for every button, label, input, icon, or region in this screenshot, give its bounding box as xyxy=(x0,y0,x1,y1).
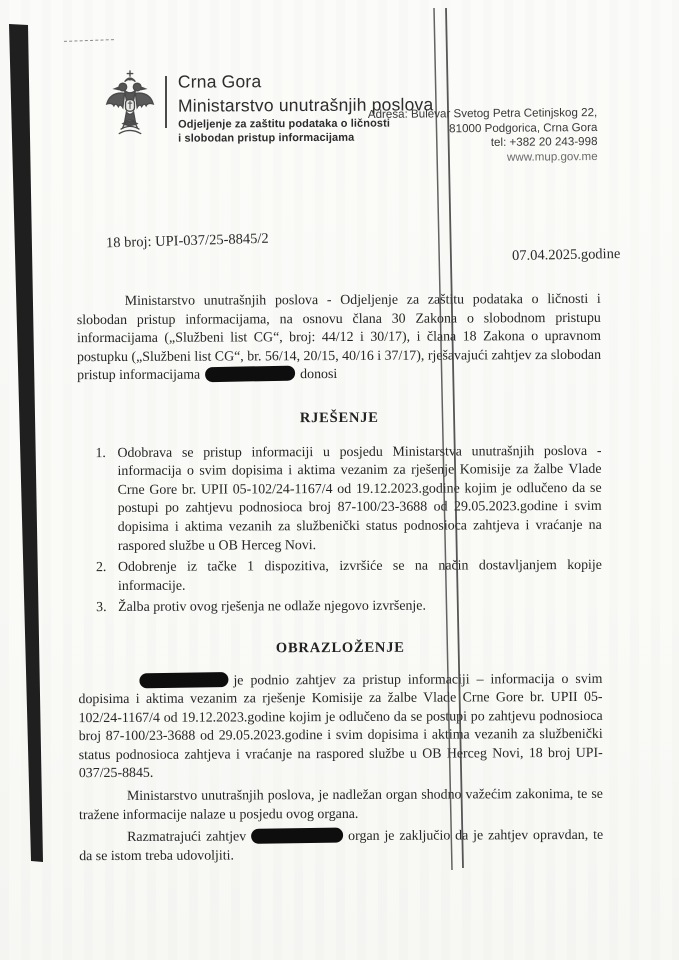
explanation-p3-before: Razmatrajući zahtjev xyxy=(127,830,246,846)
address-street: Adresa: Bulevar Svetog Petra Cetinjskog … xyxy=(367,106,597,123)
explanation-paragraph-3: Razmatrajući zahtjevorgan je zaključio d… xyxy=(79,827,603,866)
montenegro-coat-of-arms-icon xyxy=(103,70,157,138)
intro-text-after: donosi xyxy=(300,367,337,382)
document-body: Ministarstvo unutrašnjih poslova - Odjel… xyxy=(77,291,604,871)
explanation-paragraph-2: Ministarstvo unutrašnjih poslova, je nad… xyxy=(79,786,603,825)
document-date: 07.04.2025.godine xyxy=(512,246,621,265)
website-url: www.mup.gov.me xyxy=(368,150,598,167)
intro-paragraph: Ministarstvo unutrašnjih poslova - Odjel… xyxy=(77,291,601,386)
explanation-title: OBRAZLOŽENJE xyxy=(78,638,602,659)
address-block: Adresa: Bulevar Svetog Petra Cetinjskog … xyxy=(367,106,597,166)
redaction-bar-applicant-2 xyxy=(139,672,228,688)
decision-title: RJEŠENJE xyxy=(77,408,601,429)
redaction-bar-applicant-1 xyxy=(205,366,295,383)
letterhead: Crna Gora Ministarstvo unutrašnjih poslo… xyxy=(0,0,679,180)
explanation-paragraph-1: je podnio zahtjev za pristup informaciji… xyxy=(78,670,602,784)
reference-number: 18 broj: UPI-037/25-8845/2 xyxy=(106,231,269,253)
redaction-bar-applicant-3 xyxy=(251,828,343,844)
country-name: Crna Gora xyxy=(178,70,434,92)
decision-list: Odobrava se pristup informaciji u posjed… xyxy=(77,442,602,618)
decision-item-3: Žalba protiv ovog rješenja ne odlaže nje… xyxy=(118,597,602,618)
header-divider xyxy=(165,76,167,128)
decision-item-2: Odobrenje iz tačke 1 dispozitiva, izvrši… xyxy=(118,557,602,596)
intro-text-before: Ministarstvo unutrašnjih poslova - Odjel… xyxy=(77,292,601,384)
scanned-document-page: Crna Gora Ministarstvo unutrašnjih poslo… xyxy=(0,0,679,960)
decision-item-1: Odobrava se pristup informaciji u posjed… xyxy=(117,442,601,556)
